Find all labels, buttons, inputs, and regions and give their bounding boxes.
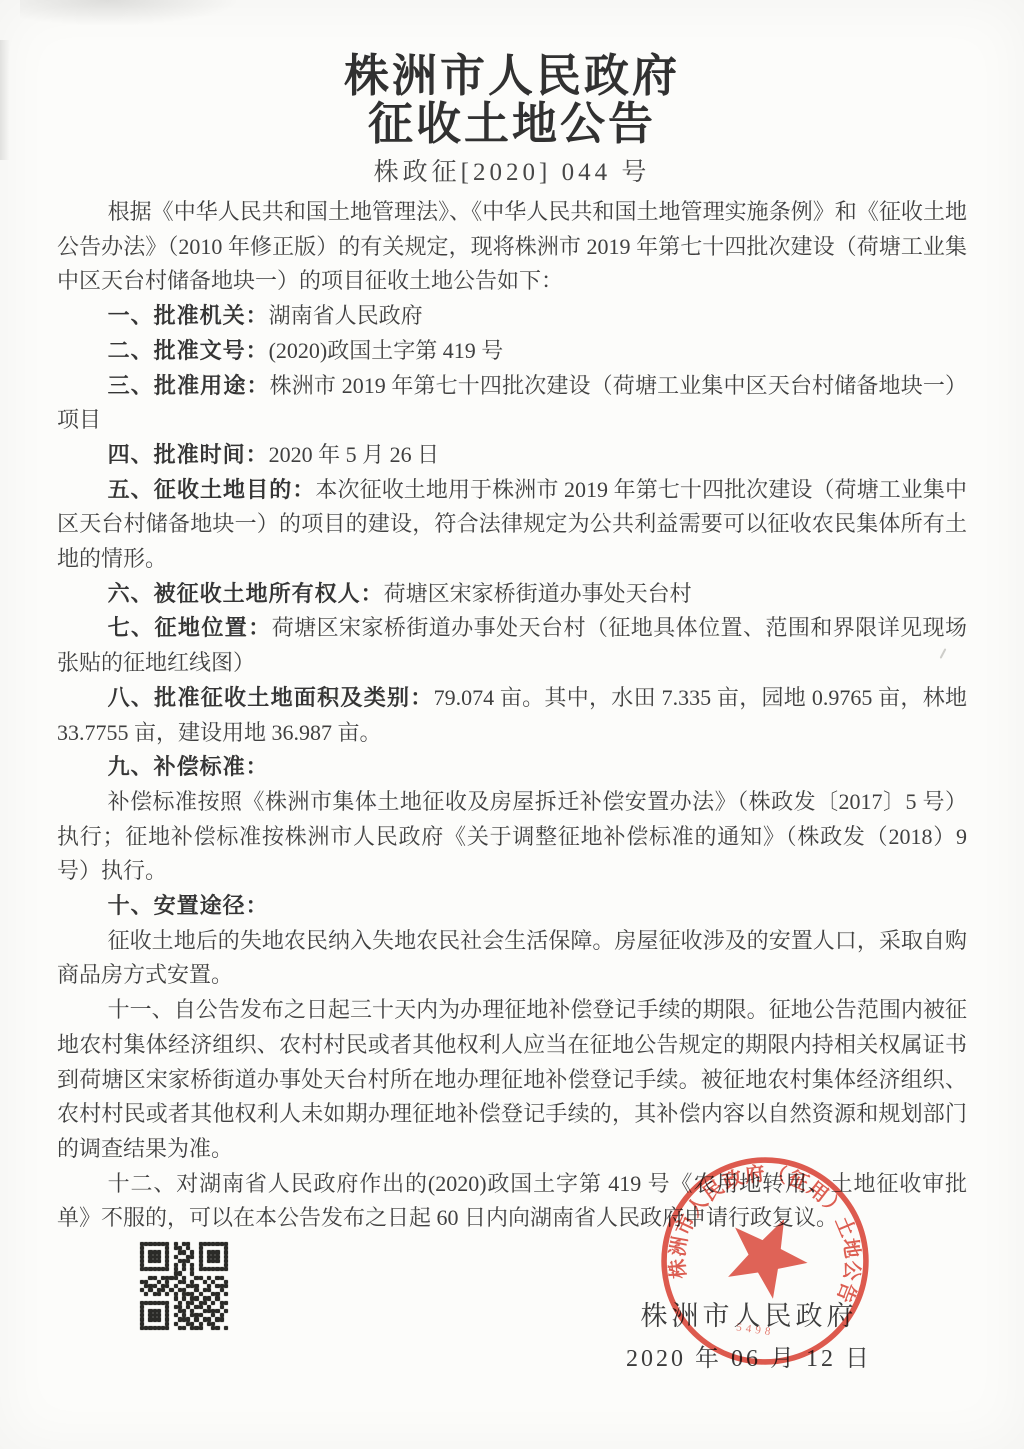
paragraph: 八、批准征收土地面积及类别：79.074 亩。其中，水田 7.335 亩，园地 … [57,681,967,750]
item-text: (2020)政国土字第 419 号 [269,338,504,363]
paragraph: 三、批准用途：株洲市 2019 年第七十四批次建设（荷塘工业集中区天台村储备地块… [57,369,967,438]
signature-issuer: 株洲市人民政府 [598,1294,900,1333]
item-label: 六、被征收土地所有权人： [108,581,384,606]
paragraph: 二、批准文号：(2020)政国土字第 419 号 [57,334,967,369]
paragraph: 六、被征收土地所有权人：荷塘区宋家桥街道办事处天台村 [57,577,967,612]
item-label: 二、批准文号： [108,338,269,363]
paragraph: 十一、自公告发布之日起三十天内为办理征地补偿登记手续的期限。征地公告范围内被征地… [57,993,967,1167]
item-text: 湖南省人民政府 [269,303,423,328]
paragraph: 补偿标准按照《株洲市集体土地征收及房屋拆迁补偿安置办法》（株政发〔2017〕5 … [57,785,967,889]
qr-module [224,1326,228,1330]
item-text: 十二、对湖南省人民政府作出的(2020)政国土字第 419 号《农用地转用、土地… [57,1171,967,1231]
paragraph: 五、征收土地目的：本次征收土地用于株洲市 2019 年第七十四批次建设（荷塘工业… [57,473,967,577]
item-label: 三、批准用途： [108,373,270,398]
qr-module [169,1271,173,1275]
item-label: 五、征收土地目的： [108,477,316,502]
document-title-line2: 征收土地公告 [0,100,1024,148]
qr-module [224,1250,228,1254]
document-header: 株洲市人民政府 征收土地公告 株政征[2020] 044 号 [0,0,1024,188]
item-label: 七、征地位置： [108,615,272,640]
item-text: 根据《中华人民共和国土地管理法》、《中华人民共和国土地管理实施条例》和《征收土地… [57,199,967,293]
item-label: 八、批准征收土地面积及类别： [108,685,434,710]
item-text: 荷塘区宋家桥街道办事处天台村 [384,581,692,606]
scanned-notice-page: 株洲市人民政府 征收土地公告 株政征[2020] 044 号 根据《中华人民共和… [0,0,1024,1449]
item-label: 十、安置途径： [108,893,269,918]
paragraph: 四、批准时间：2020 年 5 月 26 日 [57,438,967,473]
item-label: 九、补偿标准： [108,754,269,779]
paragraph: 征收土地后的失地农民纳入失地农民社会生活保障。房屋征收涉及的安置人口，采取自购商… [57,924,967,993]
paragraph: 七、征地位置：荷塘区宋家桥街道办事处天台村（征地具体位置、范围和界限详见现场张贴… [57,611,967,680]
item-label: 四、批准时间： [108,442,269,467]
paragraph: 根据《中华人民共和国土地管理法》、《中华人民共和国土地管理实施条例》和《征收土地… [57,195,967,299]
document-body: 根据《中华人民共和国土地管理法》、《中华人民共和国土地管理实施条例》和《征收土地… [0,195,1024,1236]
document-title-line1: 株洲市人民政府 [0,52,1024,100]
item-text: 补偿标准按照《株洲市集体土地征收及房屋拆迁补偿安置办法》（株政发〔2017〕5 … [57,789,967,883]
document-number: 株政征[2020] 044 号 [0,152,1024,188]
paragraph: 九、补偿标准： [57,750,967,785]
item-text: 2020 年 5 月 26 日 [269,442,440,467]
item-label: 一、批准机关： [108,303,269,328]
item-text: 征收土地后的失地农民纳入失地农民社会生活保障。房屋征收涉及的安置人口，采取自购商… [57,928,967,988]
paragraph: 十、安置途径： [57,889,967,924]
paragraph: 一、批准机关：湖南省人民政府 [57,299,967,334]
qr-code [140,1242,228,1330]
signature-block: 株洲市人民政府 2020 年 06 月 12 日 [598,1294,900,1373]
signature-date: 2020 年 06 月 12 日 [598,1338,900,1373]
qr-module [148,1250,152,1254]
qr-module [148,1326,152,1330]
paragraph: 十二、对湖南省人民政府作出的(2020)政国土字第 419 号《农用地转用、土地… [57,1167,967,1236]
item-text: 十一、自公告发布之日起三十天内为办理征地补偿登记手续的期限。征地公告范围内被征地… [57,997,967,1161]
